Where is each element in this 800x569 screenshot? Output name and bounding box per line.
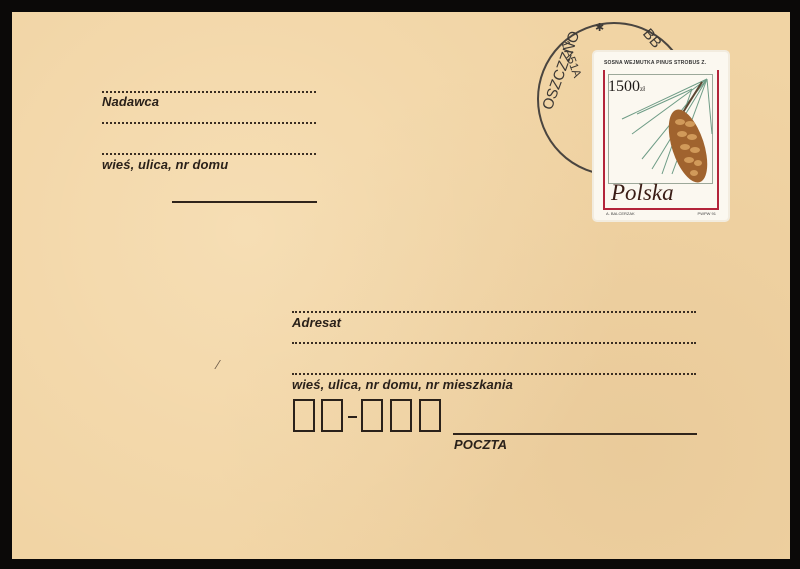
recipient-address-hint: wieś, ulica, nr domu, nr mieszkania [292, 377, 513, 392]
recipient-label: Adresat [292, 315, 341, 330]
sender-line-middle [102, 122, 316, 124]
postcode-box [293, 399, 315, 432]
stamp-printer: PWPW 91 [698, 211, 716, 216]
postcode-box [361, 399, 383, 432]
sender-address-hint: wieś, ulica, nr domu [102, 157, 228, 172]
sender-label: Nadawca [102, 94, 159, 109]
postcode-box [419, 399, 441, 432]
stamp-artist: A. BALCERZAK [606, 211, 635, 216]
postcode-box [390, 399, 412, 432]
stamp-species: SOSNA WEJMUTKA PINUS STROBUS Z. [604, 60, 706, 66]
sender-line-top [102, 91, 316, 93]
pine-cone-icon [612, 74, 720, 194]
post-office-label: POCZTA [454, 437, 507, 452]
postcard: Nadawca wieś, ulica, nr domu ⁄ Adresat w… [12, 12, 790, 559]
postcode-box [321, 399, 343, 432]
postcode-separator [348, 416, 357, 418]
postage-stamp: SOSNA WEJMUTKA PINUS STROBUS Z. 1500zł P… [594, 52, 728, 220]
recipient-line-top [292, 311, 696, 313]
sender-line-address [102, 153, 316, 155]
post-office-line [453, 433, 697, 435]
stamp-country: Polska [611, 180, 674, 206]
recipient-line-middle [292, 342, 696, 344]
paper-mark: ⁄ [217, 357, 219, 372]
recipient-line-address [292, 373, 696, 375]
postmark-star: ✱ [595, 21, 604, 34]
sender-postcode-line [172, 201, 317, 203]
